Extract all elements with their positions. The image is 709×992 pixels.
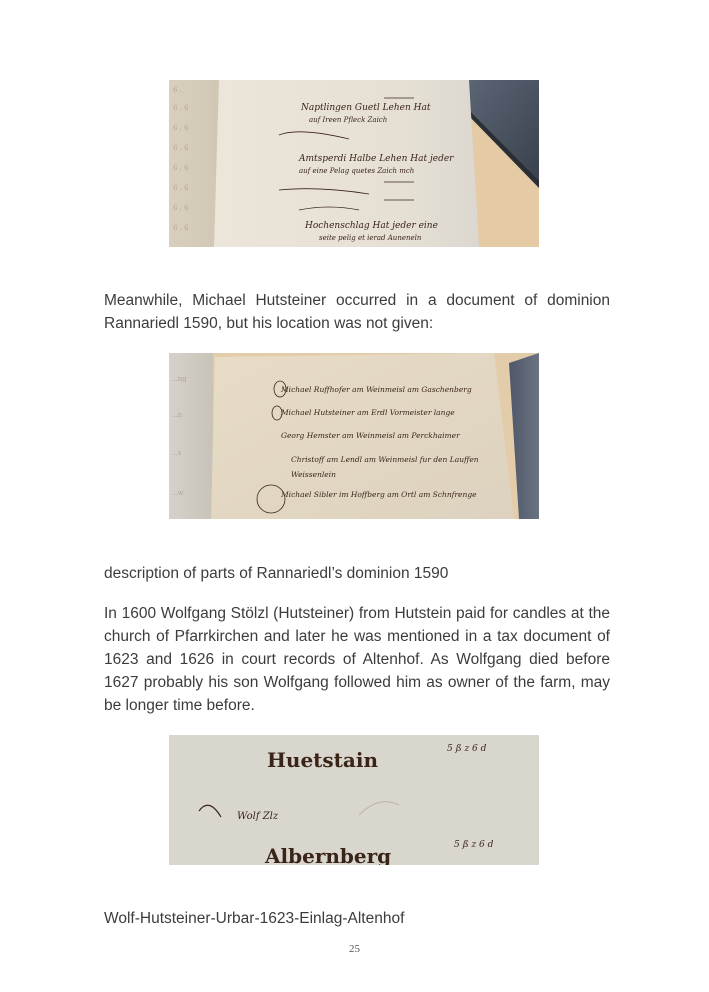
svg-text:...w: ...w xyxy=(171,489,184,497)
svg-text:Georg Hemster am Weinmeisl am: Georg Hemster am Weinmeisl am Perckhaime… xyxy=(281,431,460,440)
page-number: 25 xyxy=(0,943,709,955)
svg-text:seite pelig et ierad Auneneln: seite pelig et ierad Auneneln xyxy=(319,234,422,242)
manuscript-photo-2: ...ng...n...s...w Michael Ruffhofer am W… xyxy=(169,353,539,519)
manuscript-photo-3: Huetstain 5 ß z 6 d Wolf Zlz 5 ß z 6 d A… xyxy=(169,735,539,865)
svg-text:6 . 6: 6 . 6 xyxy=(173,144,189,152)
svg-text:5 ß z 6 d: 5 ß z 6 d xyxy=(454,840,494,850)
figure-caption-2: description of parts of Rannariedl’s dom… xyxy=(104,562,610,585)
figure-caption-3: Wolf-Hutsteiner-Urbar-1623-Einlag-Altenh… xyxy=(104,907,610,930)
svg-text:6 . 6: 6 . 6 xyxy=(173,164,189,172)
svg-text:auf eine Pelag quetes Zaich mc: auf eine Pelag quetes Zaich mch xyxy=(299,167,414,175)
svg-text:6 . 6: 6 . 6 xyxy=(173,104,189,112)
svg-text:Amtsperdi Halbe Lehen Hat jede: Amtsperdi Halbe Lehen Hat jeder xyxy=(298,154,454,164)
svg-text:Weissenlein: Weissenlein xyxy=(291,470,336,479)
svg-text:6 .: 6 . xyxy=(173,86,182,94)
svg-text:6 . 6: 6 . 6 xyxy=(173,124,189,132)
intro-paragraph: Meanwhile, Michael Hutsteiner occurred i… xyxy=(104,289,610,335)
manuscript-image: Huetstain 5 ß z 6 d Wolf Zlz 5 ß z 6 d A… xyxy=(169,735,539,865)
svg-text:...ng: ...ng xyxy=(171,375,187,383)
svg-text:Huetstain: Huetstain xyxy=(267,748,378,772)
manuscript-image: 6 .6 . 66 . 66 . 6 6 . 66 . 66 . 66 . 6 … xyxy=(169,80,539,247)
manuscript-photo-1: 6 .6 . 66 . 66 . 6 6 . 66 . 66 . 66 . 6 … xyxy=(169,80,539,247)
svg-text:auf Ireen Pfleck Zaich: auf Ireen Pfleck Zaich xyxy=(309,116,387,124)
body-paragraph: In 1600 Wolfgang Stölzl (Hutsteiner) fro… xyxy=(104,602,610,717)
svg-text:Hochenschlag Hat jeder eine: Hochenschlag Hat jeder eine xyxy=(304,221,438,231)
svg-text:Michael Hutsteiner am Erdl Vor: Michael Hutsteiner am Erdl Vormeister la… xyxy=(280,408,455,417)
svg-text:Naptlingen Guetl Lehen Hat: Naptlingen Guetl Lehen Hat xyxy=(300,103,431,113)
svg-text:Michael Ruffhofer am Weinmeisl: Michael Ruffhofer am Weinmeisl am Gasche… xyxy=(280,385,472,394)
svg-text:Wolf Zlz: Wolf Zlz xyxy=(237,811,279,822)
svg-text:...s: ...s xyxy=(171,449,182,457)
svg-text:Michael Sibler im Hoffberg am: Michael Sibler im Hoffberg am Ortl am Sc… xyxy=(280,490,477,499)
svg-text:...n: ...n xyxy=(171,411,183,419)
svg-text:Albernberg: Albernberg xyxy=(264,844,391,865)
svg-text:6 . 6: 6 . 6 xyxy=(173,204,189,212)
svg-text:6 . 6: 6 . 6 xyxy=(173,184,189,192)
svg-text:5 ß z 6 d: 5 ß z 6 d xyxy=(447,744,487,754)
manuscript-image: ...ng...n...s...w Michael Ruffhofer am W… xyxy=(169,353,539,519)
svg-text:Christoff am Lendl am Weinmeis: Christoff am Lendl am Weinmeisl fur den … xyxy=(291,455,479,464)
svg-text:6 . 6: 6 . 6 xyxy=(173,224,189,232)
